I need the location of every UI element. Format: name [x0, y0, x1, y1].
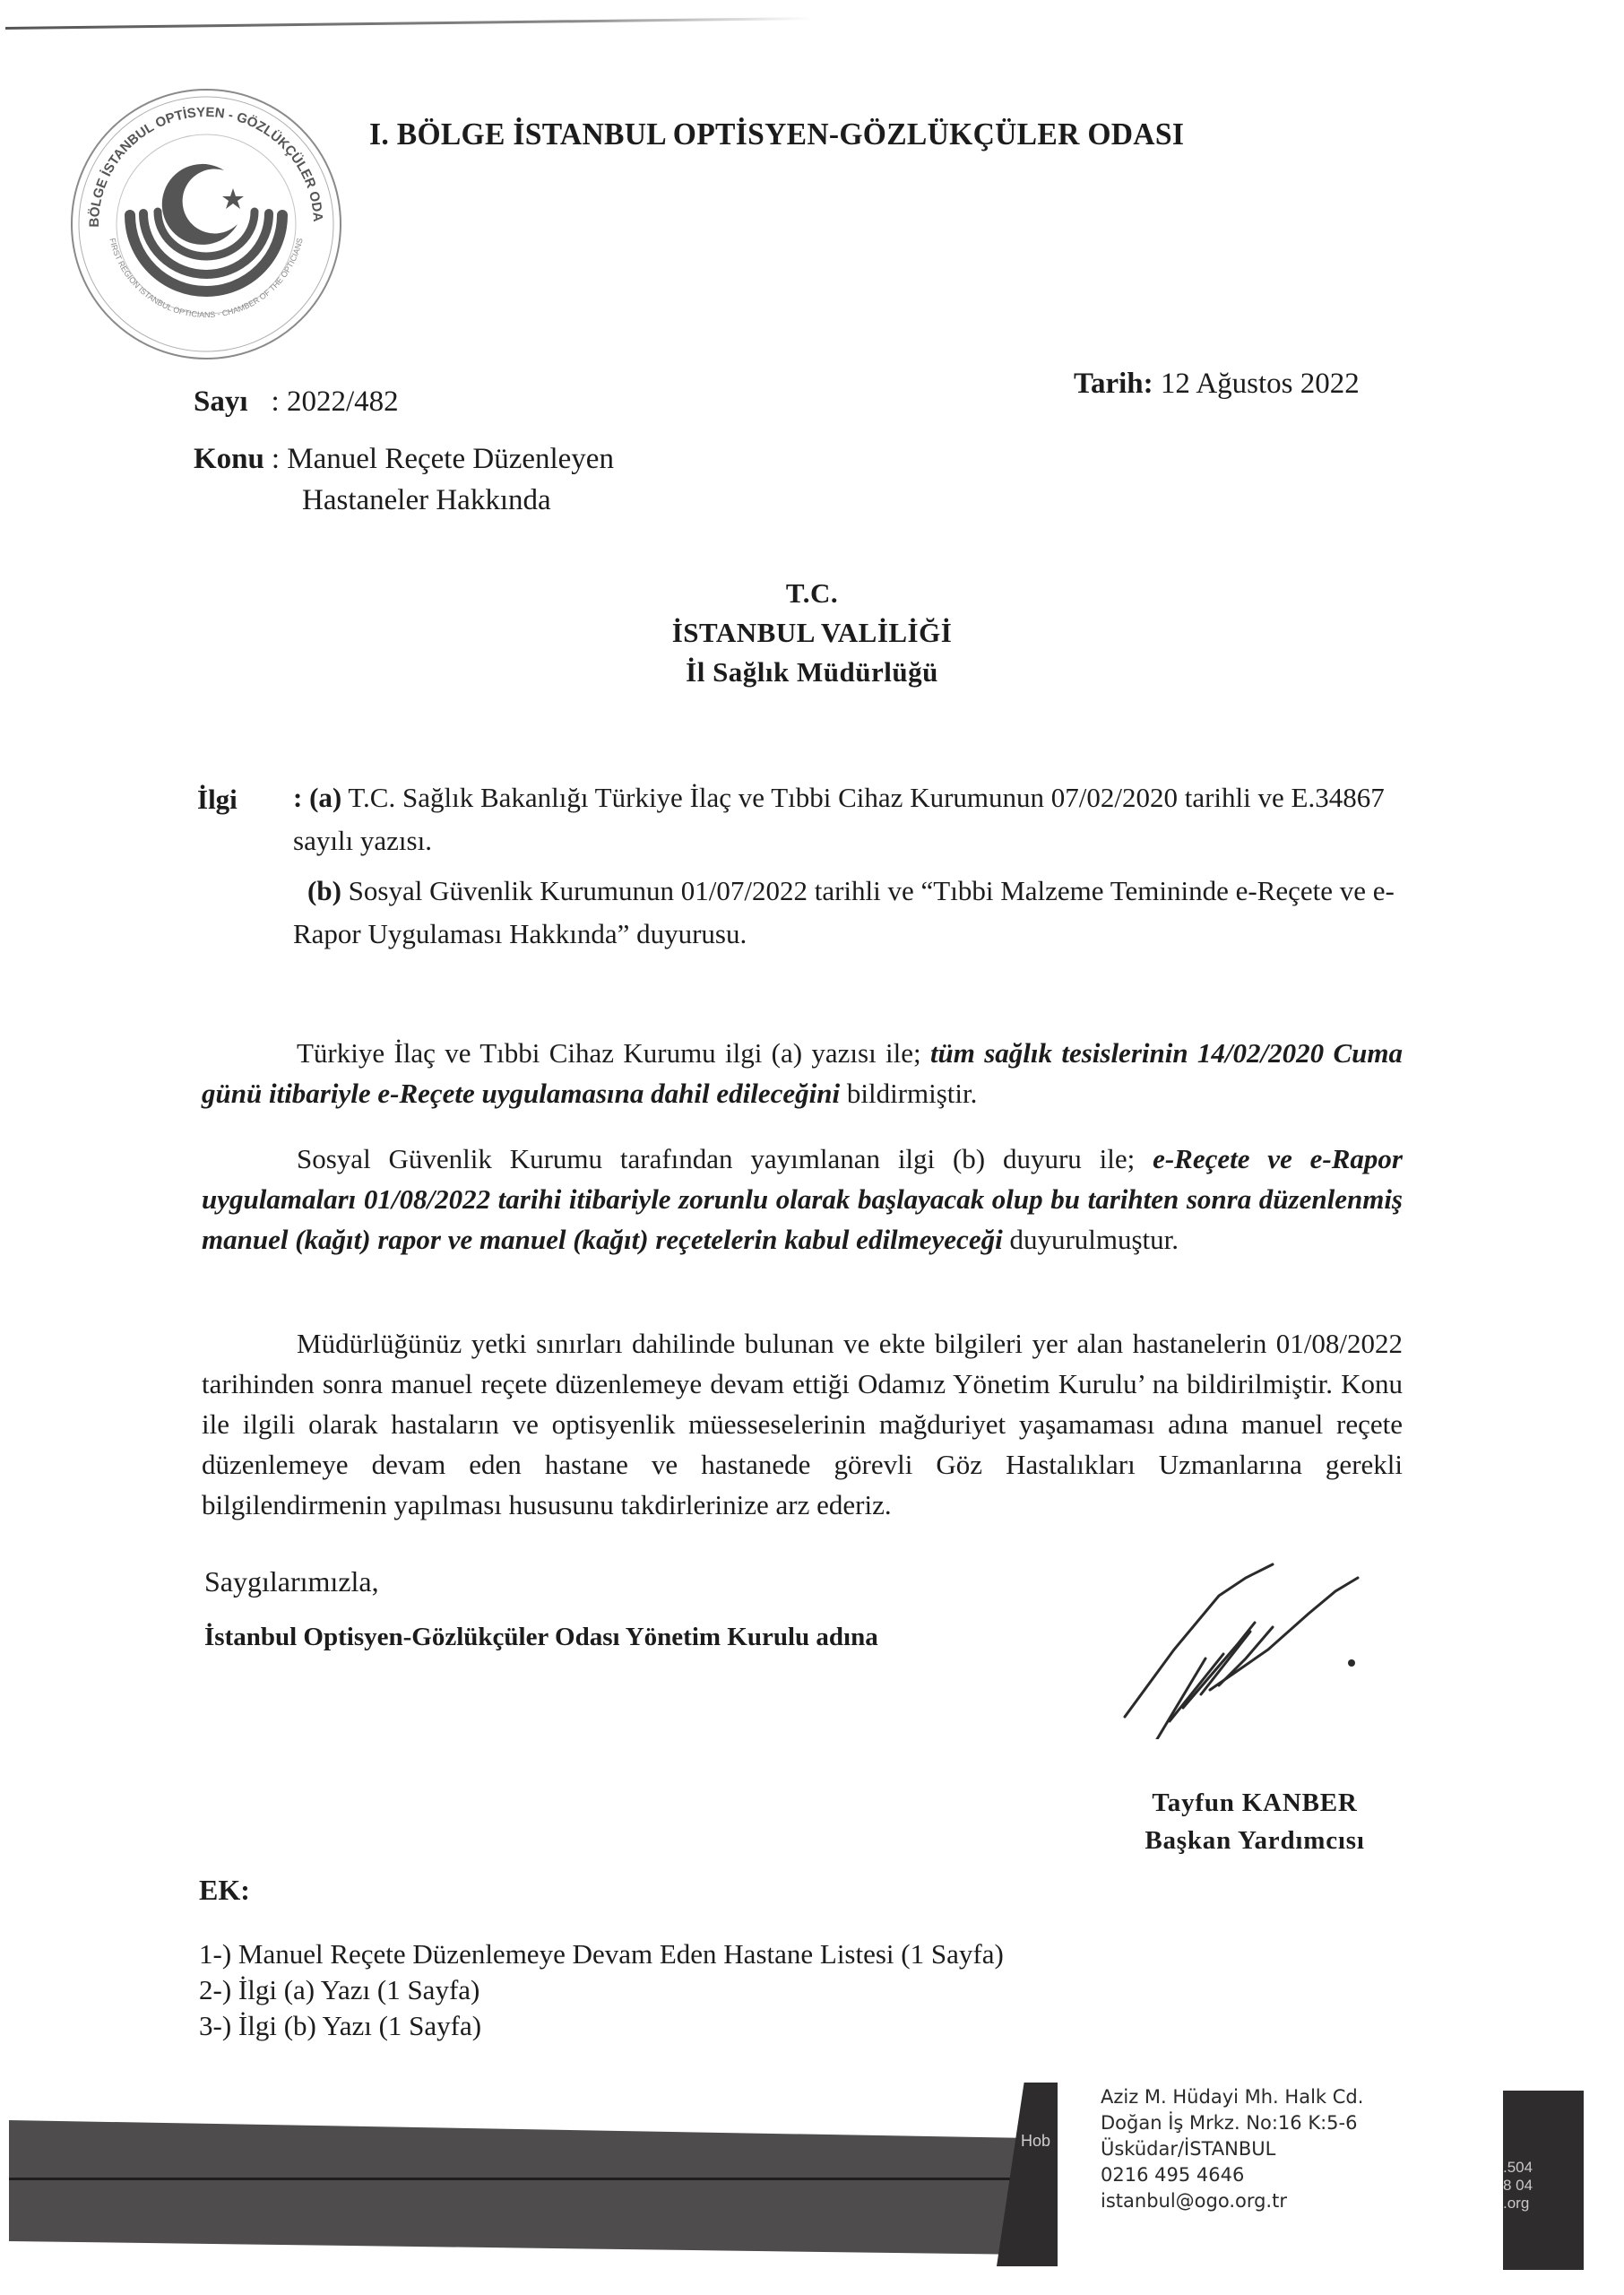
address-line: Üsküdar/İSTANBUL: [1101, 2136, 1363, 2162]
date-label: Tarih:: [1074, 368, 1153, 400]
reference-number-label: Sayı: [194, 385, 248, 418]
subject-value-line2: Hastaneler Hakkında: [302, 484, 551, 517]
scan-artifact-line: [5, 17, 812, 30]
signer-block: Tayfun KANBER Başkan Yardımcısı: [1075, 1784, 1434, 1859]
crescent-star-emblem-icon: I.BÖLGE İSTANBUL OPTİSYEN - GÖZLÜKÇÜLER …: [63, 81, 350, 368]
p2-plain: Sosyal Güvenlik Kurumu tarafından yayıml…: [297, 1143, 1153, 1174]
attachment-item: 1-) Manuel Reçete Düzenlemeye Devam Eden…: [199, 1936, 1004, 1972]
recipient-line-governorship: İSTANBUL VALİLİĞİ: [0, 613, 1624, 653]
reference-b-text: Sosyal Güvenlik Kurumunun 01/07/2022 tar…: [293, 875, 1395, 949]
address-line: Aziz M. Hüdayi Mh. Halk Cd.: [1101, 2084, 1363, 2110]
attachment-item: 2-) İlgi (a) Yazı (1 Sayfa): [199, 1972, 1004, 2008]
footer-fragment: 8 04: [1503, 2177, 1533, 2195]
body-paragraph-2: Sosyal Güvenlik Kurumu tarafından yayıml…: [202, 1139, 1403, 1260]
reference-label: İlgi: [197, 784, 238, 816]
signature-icon: [1111, 1560, 1380, 1739]
body-paragraph-3: Müdürlüğünüz yetki sınırları dahilinde b…: [202, 1323, 1403, 1525]
footer-band: [9, 2120, 1031, 2255]
p1-tail: bildirmiştir.: [840, 1078, 977, 1109]
seal-ring-text-top: I.BÖLGE İSTANBUL OPTİSYEN - GÖZLÜKÇÜLER …: [63, 81, 325, 228]
reference-number: Sayı: 2022/482: [194, 385, 399, 419]
signer-title: Başkan Yardımcısı: [1075, 1822, 1434, 1859]
recipient-block: T.C. İSTANBUL VALİLİĞİ İl Sağlık Müdürlü…: [0, 574, 1624, 692]
footer-right-fragments: .504 8 04 .org: [1503, 2159, 1533, 2213]
recipient-line-directorate: İl Sağlık Müdürlüğü: [0, 653, 1624, 692]
reference-number-value: : 2022/482: [272, 385, 399, 418]
organization-title: I. BÖLGE İSTANBUL OPTİSYEN-GÖZLÜKÇÜLER O…: [369, 117, 1184, 152]
reference-b-tag: (b): [293, 875, 341, 906]
salutation: Saygılarımızla,: [204, 1565, 379, 1598]
recipient-line-tc: T.C.: [0, 574, 1624, 613]
p2-tail: duyurulmuştur.: [1003, 1224, 1179, 1255]
document-date: Tarih: 12 Ağustos 2022: [1074, 368, 1360, 401]
p1-plain: Türkiye İlaç ve Tıbbi Cihaz Kurumu ilgi …: [297, 1037, 930, 1069]
attachments-title: EK:: [199, 1874, 250, 1907]
subject-label: Konu: [194, 443, 264, 475]
body-paragraph-1: Türkiye İlaç ve Tıbbi Cihaz Kurumu ilgi …: [202, 1033, 1403, 1113]
footer-fragment: .504: [1503, 2159, 1533, 2177]
reference-b: (b) Sosyal Güvenlik Kurumunun 01/07/2022…: [293, 870, 1404, 956]
subject-value-line1: : Manuel Reçete Düzenleyen: [272, 443, 614, 475]
chamber-seal: I.BÖLGE İSTANBUL OPTİSYEN - GÖZLÜKÇÜLER …: [63, 81, 350, 368]
svg-text:I.BÖLGE İSTANBUL OPTİSYEN - GÖ: I.BÖLGE İSTANBUL OPTİSYEN - GÖZLÜKÇÜLER …: [63, 81, 325, 228]
phone-number: 0216 495 4646: [1101, 2162, 1363, 2188]
on-behalf-line: İstanbul Optisyen-Gözlükçüler Odası Yöne…: [204, 1623, 878, 1652]
reference-a-text: T.C. Sağlık Bakanlığı Türkiye İlaç ve Tı…: [293, 782, 1385, 856]
footer-address: Aziz M. Hüdayi Mh. Halk Cd. Doğan İş Mrk…: [1101, 2084, 1363, 2214]
email-address: istanbul@ogo.org.tr: [1101, 2188, 1363, 2214]
signer-name: Tayfun KANBER: [1075, 1784, 1434, 1822]
date-value: 12 Ağustos 2022: [1153, 368, 1360, 400]
footer-band-fragment: Hob: [1021, 2132, 1050, 2151]
attachments-list: 1-) Manuel Reçete Düzenlemeye Devam Eden…: [199, 1936, 1004, 2044]
reference-a: : (a) T.C. Sağlık Bakanlığı Türkiye İlaç…: [293, 776, 1404, 862]
subject: Konu: Manuel Reçete Düzenleyen: [194, 443, 614, 476]
footer-fragment: .org: [1503, 2195, 1533, 2213]
attachment-item: 3-) İlgi (b) Yazı (1 Sayfa): [199, 2008, 1004, 2044]
reference-a-tag: : (a): [293, 782, 341, 813]
address-line: Doğan İş Mrkz. No:16 K:5-6: [1101, 2110, 1363, 2136]
